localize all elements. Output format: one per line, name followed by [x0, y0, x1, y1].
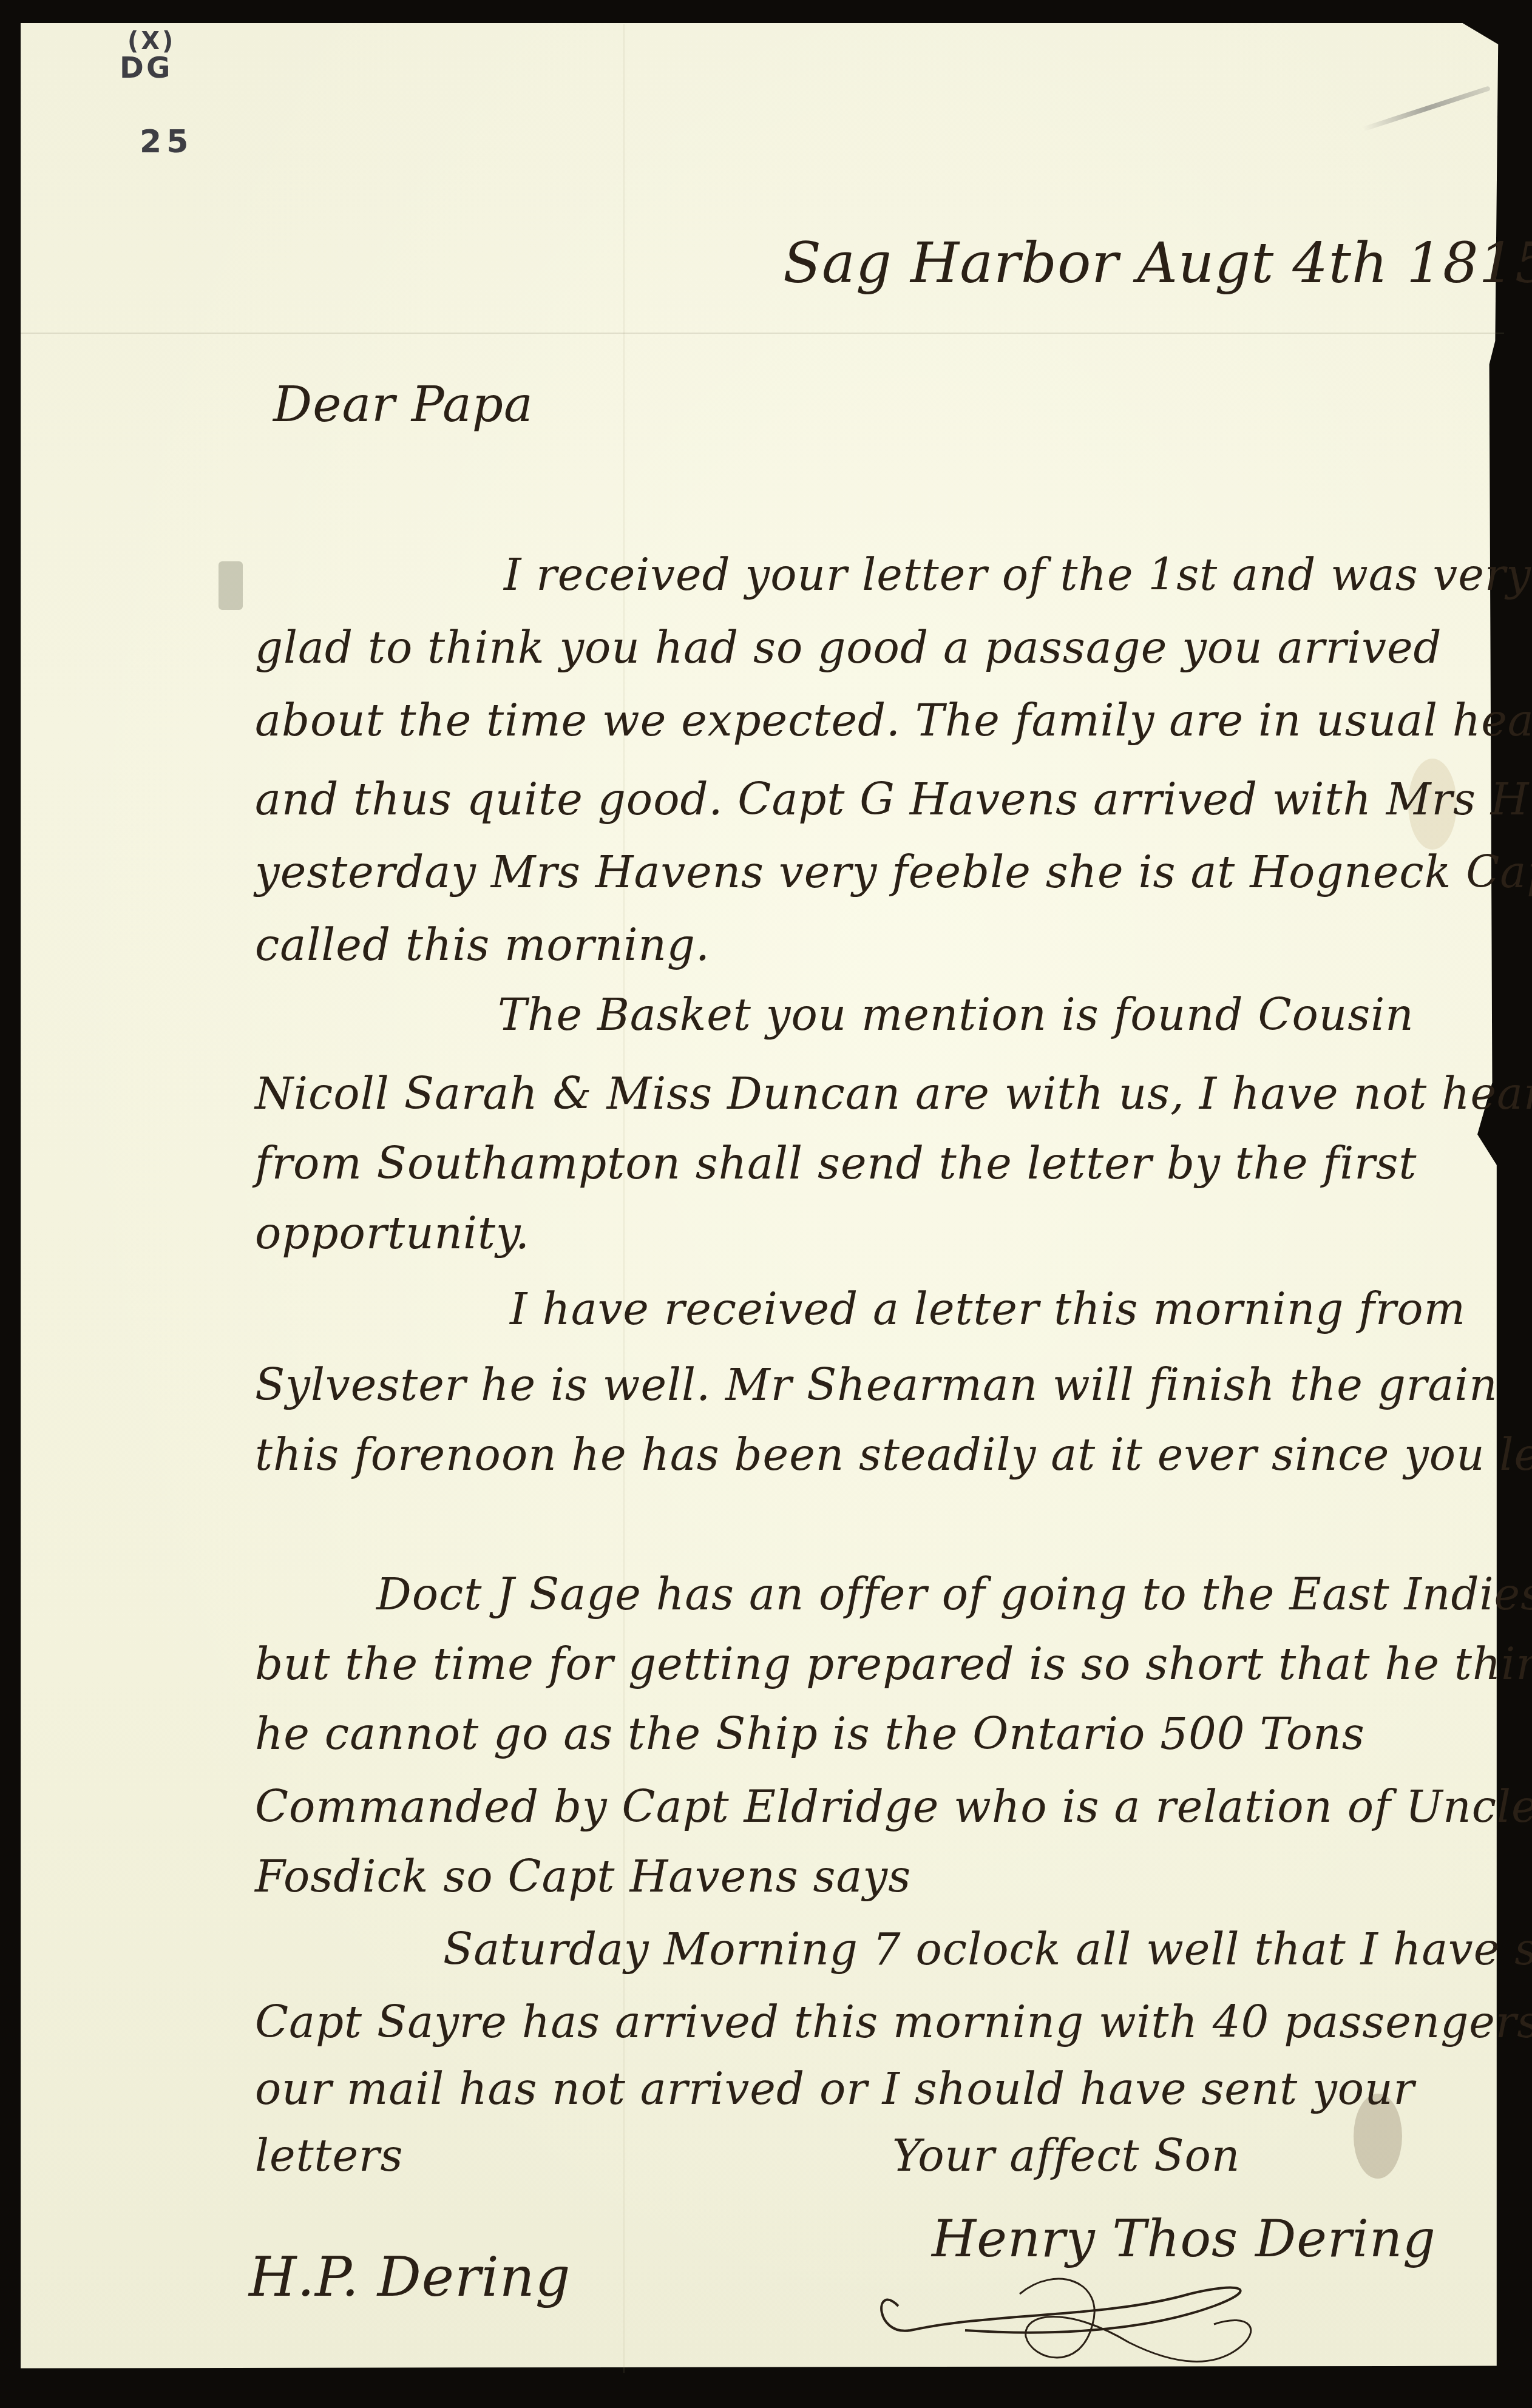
- signature: Henry Thos Dering: [932, 2209, 1436, 2268]
- letter-line: Fosdick so Capt Havens says: [255, 1851, 911, 1902]
- letter-line: but the time for getting prepared is so …: [255, 1639, 1532, 1689]
- letter-line: opportunity.: [255, 1208, 530, 1259]
- letter-line: our mail has not arrived or I should hav…: [255, 2063, 1415, 2114]
- letter-line: Saturday Morning 7 oclock all well that …: [443, 1924, 1532, 1975]
- archive-code-top: (X): [127, 29, 175, 53]
- smudge-mark: [219, 561, 243, 610]
- archive-code: (X) DG: [117, 29, 175, 83]
- letter-line: Commanded by Capt Eldridge who is a rela…: [255, 1781, 1532, 1832]
- signature-flourish-icon: [874, 2270, 1311, 2391]
- letter-line: Sylvester he is well. Mr Shearman will f…: [255, 1359, 1498, 1410]
- letter-line: Doct J Sage has an offer of going to the…: [376, 1569, 1532, 1620]
- paper-fold-line: [21, 333, 1504, 334]
- letter-line: letters: [255, 2130, 403, 2181]
- letter-line: I received your letter of the 1st and wa…: [504, 549, 1531, 600]
- letter-line: yesterday Mrs Havens very feeble she is …: [255, 847, 1532, 898]
- letter-line: called this morning.: [255, 919, 710, 970]
- letter-line: this forenoon he has been steadily at it…: [255, 1429, 1532, 1480]
- dateline: Sag Harbor Augt 4th 1815: [783, 231, 1532, 296]
- letter-line: about the time we expected. The family a…: [255, 695, 1532, 746]
- letter-line: he cannot go as the Ship is the Ontario …: [255, 1708, 1365, 1759]
- closing: Your affect Son: [892, 2130, 1240, 2181]
- letter-line: and thus quite good. Capt G Havens arriv…: [255, 774, 1530, 825]
- archive-number: 25: [140, 126, 193, 158]
- letter-line: The Basket you mention is found Cousin: [498, 989, 1414, 1040]
- letter-line: Nicoll Sarah & Miss Duncan are with us, …: [255, 1068, 1532, 1119]
- letter-line: glad to think you had so good a passage …: [255, 622, 1442, 673]
- addressee: H.P. Dering: [249, 2245, 571, 2309]
- salutation: Dear Papa: [273, 376, 534, 433]
- letter-line: from Southampton shall send the letter b…: [255, 1138, 1417, 1189]
- archive-code-letters: DG: [120, 51, 172, 85]
- letter-line: Capt Sayre has arrived this morning with…: [255, 1997, 1532, 2048]
- letter-line: I have received a letter this morning fr…: [510, 1283, 1466, 1334]
